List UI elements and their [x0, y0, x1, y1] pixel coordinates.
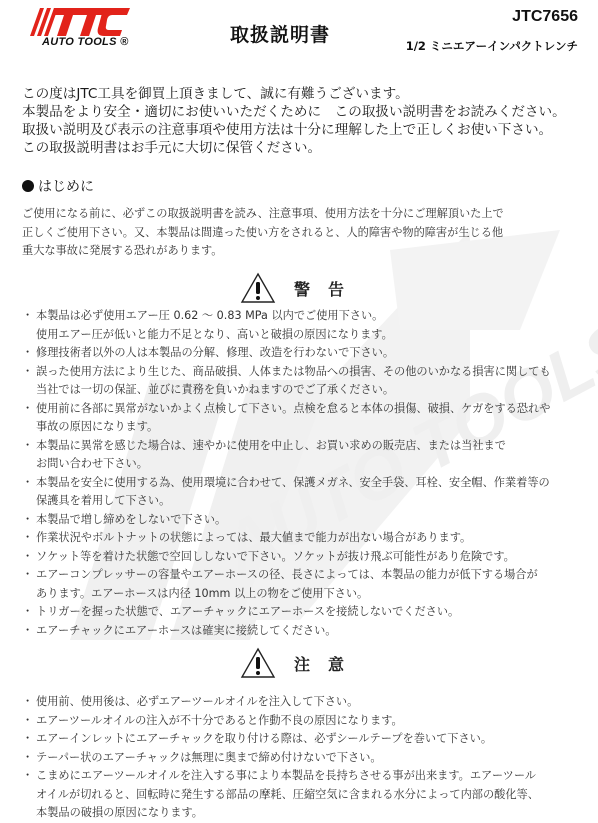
list-item: ・テーパー状のエアーチャックは無理に奥まで締め付けないで下さい。: [22, 749, 539, 768]
list-item: ・本製品は必ず使用エアー圧 0.62 ～ 0.83 MPa 以内でご使用下さい。: [22, 307, 551, 326]
caution-list: ・使用前、使用後は、必ずエアーツールオイルを注入して下さい。 ・エアーツールオイ…: [22, 693, 539, 823]
list-item: ・こまめにエアーツールオイルを注入する事により本製品を長持ちさせる事が出来ます。…: [22, 767, 539, 786]
list-item-continuation: お問い合わせ下さい。: [22, 455, 551, 474]
warning-triangle-icon: [240, 647, 276, 679]
model-number: JTC7656: [512, 8, 578, 26]
list-item: ・トリガーを握った状態で、エアーチャックにエアーホースを接続しないでください。: [22, 603, 551, 622]
list-item: ・エアーチャックにエアーホースは確実に接続してください。: [22, 622, 551, 641]
list-item: ・本製品で増し締めをしないで下さい。: [22, 511, 551, 530]
list-item: ・本製品に異常を感じた場合は、速やかに使用を中止し、お買い求めの販売店、または当…: [22, 437, 551, 456]
warning-banner: 警告: [240, 272, 362, 304]
product-name: 1/2 ミニエアーインパクトレンチ: [406, 38, 578, 54]
list-item-continuation: 事故の原因になります。: [22, 418, 551, 437]
list-item: ・誤った使用方法により生じた、商品破損、人体または物品への損害、その他のいかなる…: [22, 363, 551, 382]
paragraph-line: ご使用になる前に、必ずこの取扱説明書を読み、注意事項、使用方法を十分にご理解頂い…: [22, 205, 504, 224]
list-item-continuation: 使用エアー圧が低いと能力不足となり、高いと破損の原因になります。: [22, 326, 551, 345]
caution-heading: 注意: [294, 652, 362, 675]
warning-heading: 警告: [294, 277, 362, 300]
introduction-heading: はじめに: [22, 176, 94, 196]
list-item-continuation: 当社では一切の保証、並びに責務を負いかねますのでご了承ください。: [22, 381, 551, 400]
paragraph-line: 重大な事故に発展する恐れがあります。: [22, 242, 504, 261]
introduction-paragraph: ご使用になる前に、必ずこの取扱説明書を読み、注意事項、使用方法を十分にご理解頂い…: [22, 205, 504, 261]
list-item-continuation: あります。エアーホースは内径 10mm 以上の物をご使用下さい。: [22, 585, 551, 604]
list-item-continuation: 保護具を着用して下さい。: [22, 492, 551, 511]
document-title: 取扱説明書: [230, 20, 330, 47]
list-item: ・作業状況やボルトナットの状態によっては、最大値まで能力が出ない場合があります。: [22, 529, 551, 548]
list-item: ・ソケット等を着けた状態で空回ししないで下さい。ソケットが抜け飛ぶ可能性があり危…: [22, 548, 551, 567]
list-item-continuation: オイルが切れると、回転時に発生する部品の摩耗、圧縮空気に含まれる水分によって内部…: [22, 786, 539, 805]
list-item-continuation: 本製品の破損の原因になります。: [22, 804, 539, 823]
list-item: ・エアーコンプレッサーの容量やエアーホースの径、長さによっては、本製品の能力が低…: [22, 566, 551, 585]
intro-line: 取扱い説明及び表示の注意事項や使用方法は十分に理解した上で正しくお使い下さい。: [22, 121, 566, 139]
bullet-dot-icon: [22, 180, 34, 192]
warning-list: ・本製品は必ず使用エアー圧 0.62 ～ 0.83 MPa 以内でご使用下さい。…: [22, 307, 551, 640]
list-item: ・本製品を安全に使用する為、使用環境に合わせて、保護メガネ、安全手袋、耳栓、安全…: [22, 474, 551, 493]
logo-subtext: AUTO TOOLS ®: [42, 36, 128, 48]
list-item: ・使用前、使用後は、必ずエアーツールオイルを注入して下さい。: [22, 693, 539, 712]
intro-line: この度はJTC工具を御買上頂きまして、誠に有難うございます。: [22, 85, 566, 103]
intro-text: この度はJTC工具を御買上頂きまして、誠に有難うございます。 本製品をより安全・…: [22, 85, 566, 157]
caution-banner: 注意: [240, 647, 362, 679]
intro-line: 本製品をより安全・適切にお使いいただくために この取扱い説明書をお読みください。: [22, 103, 566, 121]
intro-line: この取扱説明書はお手元に大切に保管ください。: [22, 139, 566, 157]
list-item: ・エアーツールオイルの注入が不十分であると作動不良の原因になります。: [22, 712, 539, 731]
list-item: ・エアーインレットにエアーチャックを取り付ける際は、必ずシールテープを巻いて下さ…: [22, 730, 539, 749]
paragraph-line: 正しくご使用下さい。又、本製品は間違った使い方をされると、人的障害や物的障害が生…: [22, 224, 504, 243]
list-item: ・使用前に各部に異常がないかよく点検して下さい。点検を怠ると本体の損傷、破損、ケ…: [22, 400, 551, 419]
warning-triangle-icon: [240, 272, 276, 304]
introduction-heading-label: はじめに: [38, 179, 94, 195]
list-item: ・修理技術者以外の人は本製品の分解、修理、改造を行わないで下さい。: [22, 344, 551, 363]
